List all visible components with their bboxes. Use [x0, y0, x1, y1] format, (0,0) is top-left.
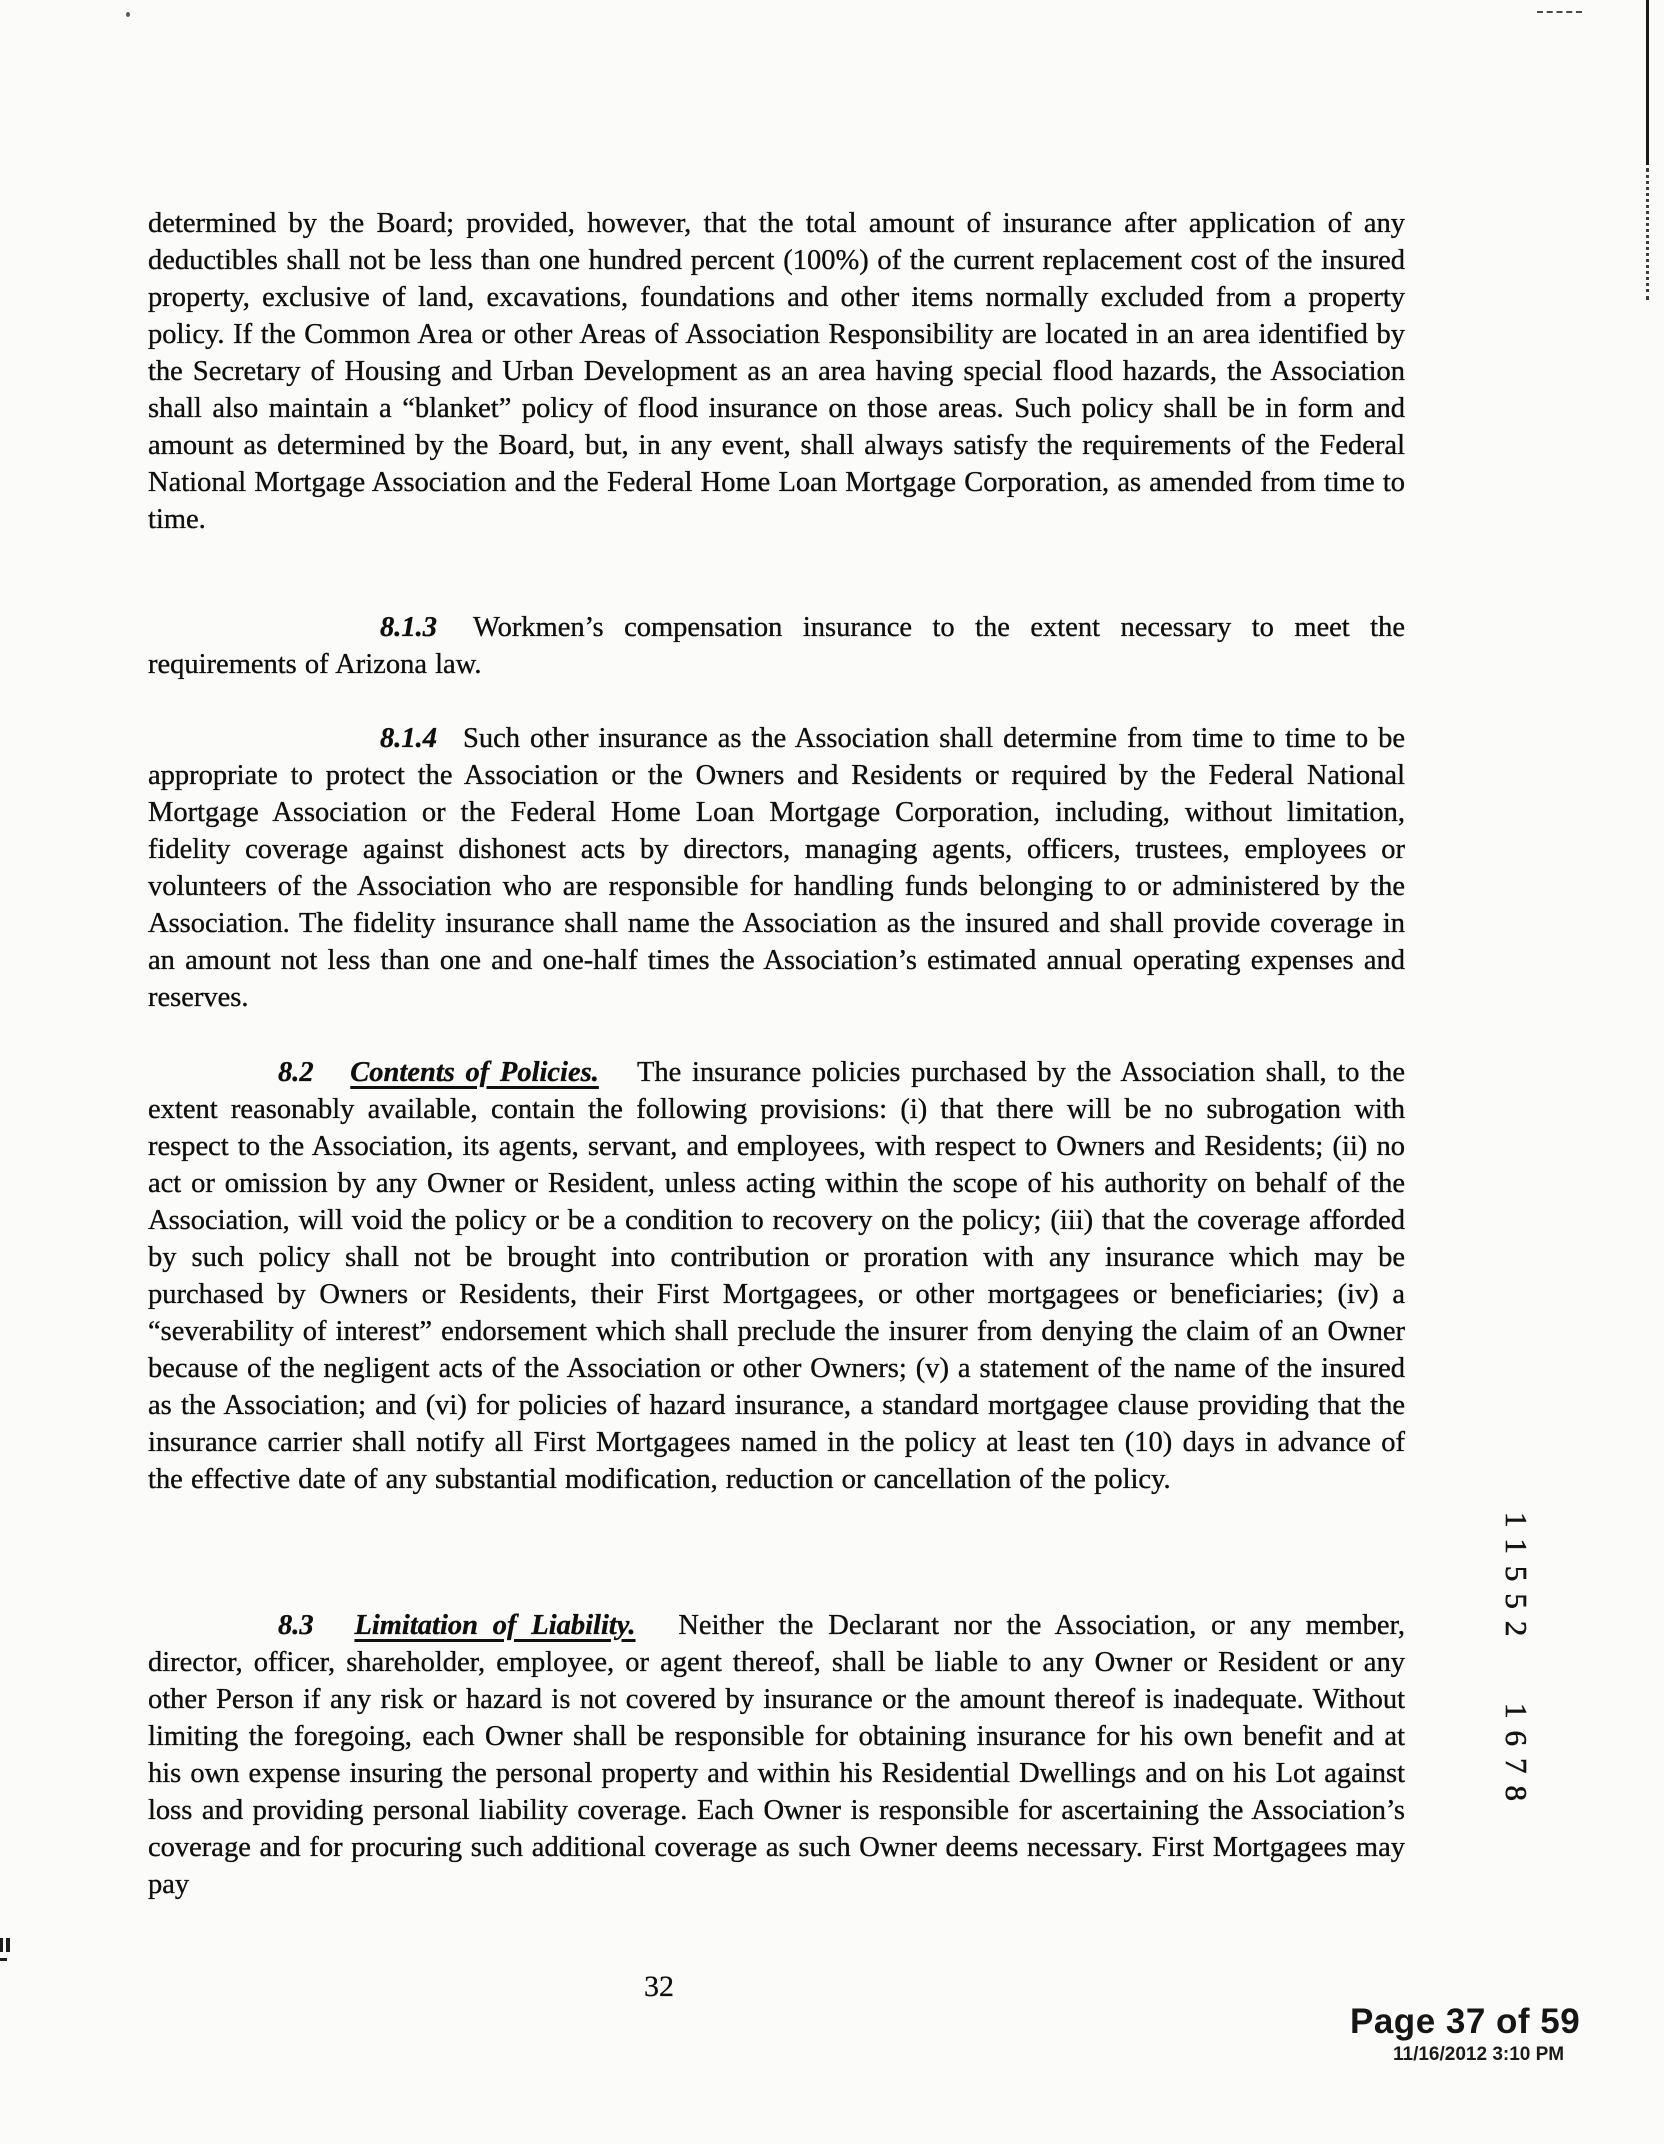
page-number: 32 — [644, 1970, 674, 2004]
scan-artifact-top-dash — [1537, 11, 1582, 13]
section-heading: Contents of Policies. — [350, 1057, 599, 1088]
section-text: Neither the Declarant nor the Associatio… — [148, 1610, 1405, 1900]
section-8-1-3: 8.1.3 Workmen’s compensation insurance t… — [148, 609, 1405, 683]
section-8-2: 8.2 Contents of Policies. The insurance … — [148, 1054, 1405, 1498]
section-number: 8.2 — [278, 1057, 314, 1088]
section-text: The insurance policies purchased by the … — [148, 1057, 1405, 1495]
paragraph-continuation-text: determined by the Board; provided, howev… — [148, 208, 1405, 535]
paragraph-continuation: determined by the Board; provided, howev… — [148, 205, 1405, 538]
section-text: Such other insurance as the Association … — [148, 723, 1405, 1013]
section-8-3: 8.3 Limitation of Liability. Neither the… — [148, 1607, 1405, 1903]
section-number: 8.1.4 — [380, 723, 437, 754]
margin-recording-stamp-upper: 11552 — [1498, 1512, 1534, 1648]
section-number: 8.3 — [278, 1610, 314, 1641]
scan-artifact-left-mark — [0, 1938, 10, 1952]
scanned-document-page: determined by the Board; provided, howev… — [0, 0, 1664, 2144]
pagination-stamp: Page 37 of 59 — [1350, 2002, 1580, 2042]
section-heading: Limitation of Liability. — [354, 1610, 635, 1641]
margin-recording-stamp-lower: 1678 — [1498, 1703, 1534, 1813]
section-text: Workmen’s compensation insurance to the … — [148, 612, 1405, 680]
timestamp-stamp: 11/16/2012 3:10 PM — [1393, 2044, 1564, 2066]
scan-artifact-left-dash — [0, 1958, 7, 1961]
scan-artifact-dot — [126, 12, 130, 17]
scan-edge-line-solid — [1646, 0, 1649, 165]
section-number: 8.1.3 — [380, 612, 437, 643]
scan-edge-line-dotted — [1646, 168, 1649, 300]
section-8-1-4: 8.1.4 Such other insurance as the Associ… — [148, 720, 1405, 1016]
